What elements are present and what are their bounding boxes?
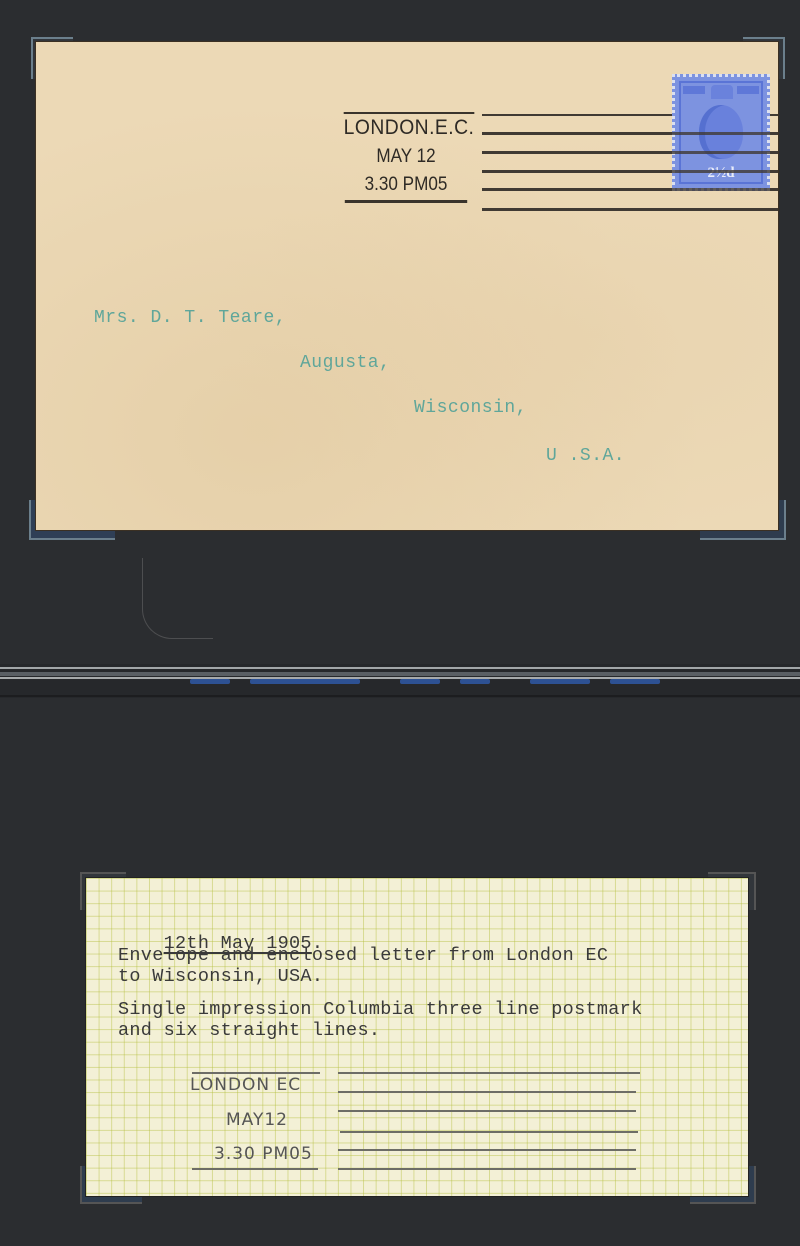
card-para1-line2: to Wisconsin, USA.: [118, 966, 323, 987]
sketch-line: [338, 1091, 636, 1093]
postmark-date: MAY 12: [345, 146, 467, 168]
sketch-line: [338, 1072, 640, 1074]
card-para2-line2: and six straight lines.: [118, 1020, 380, 1041]
crown-icon: [711, 85, 733, 99]
stamp-value: 2½d: [675, 165, 767, 182]
stamp-tablet-right: [737, 86, 759, 94]
stray-fiber: [142, 558, 213, 639]
album-divider-strip: [0, 664, 800, 698]
cancel-line-over-stamp: [672, 151, 778, 154]
cancel-line-over-stamp: [672, 188, 778, 191]
sketch-date: MAY12: [226, 1110, 288, 1130]
stamp-tablet-left: [683, 86, 705, 94]
cancel-line: [482, 208, 778, 211]
sketch-top-rule: [192, 1072, 320, 1074]
sketch-line: [338, 1110, 636, 1112]
postmark-city: LONDON.E.C.: [344, 112, 475, 140]
address-state: Wisconsin,: [414, 398, 527, 418]
sketch-line: [340, 1131, 638, 1133]
sketch-time: 3.30 PM05: [214, 1144, 313, 1164]
sketch-bottom-rule: [192, 1168, 318, 1170]
sketch-city: LONDON EC: [190, 1075, 301, 1095]
address-name: Mrs. D. T. Teare,: [94, 308, 286, 328]
sketch-line: [338, 1149, 636, 1151]
card-para1-line1: Envelope and enclosed letter from London…: [118, 945, 608, 966]
address-country: U .S.A.: [546, 446, 625, 466]
postmark-time: 3.30 PM05: [345, 174, 467, 203]
envelope: LONDON.E.C. MAY 12 3.30 PM05 2½d Mrs. D.…: [36, 42, 778, 530]
card-para2-line1: Single impression Columbia three line po…: [118, 999, 642, 1020]
cancel-line-over-stamp: [672, 170, 778, 173]
postmark: LONDON.E.C. MAY 12 3.30 PM05: [338, 112, 474, 203]
sketch-line: [338, 1168, 636, 1170]
cancel-line-over-stamp: [672, 132, 778, 135]
description-card: 12th May 1905. Envelope and enclosed let…: [86, 878, 748, 1196]
address-city: Augusta,: [300, 353, 390, 373]
